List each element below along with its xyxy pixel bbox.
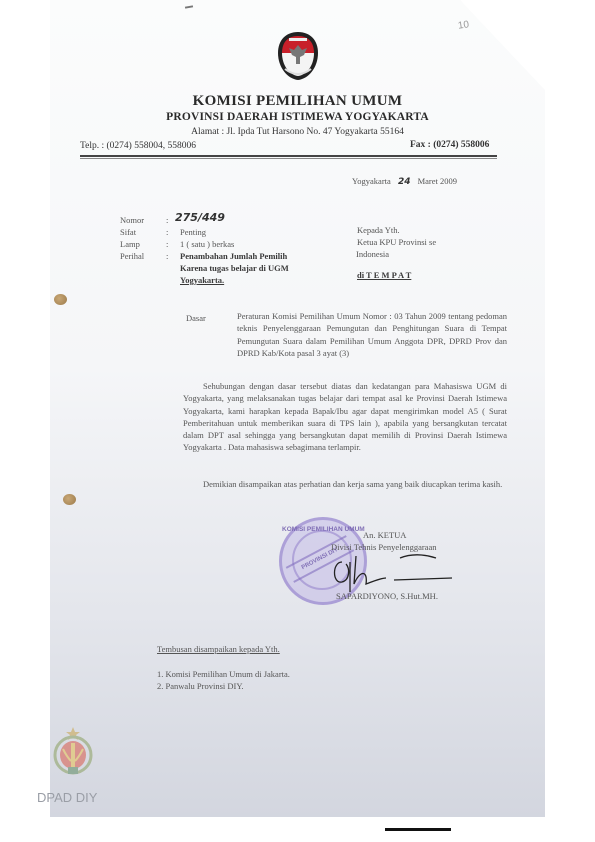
- letterhead-rule: [80, 155, 497, 157]
- meta-label-sifat: Sifat: [120, 227, 136, 237]
- date-day: 24: [398, 177, 411, 187]
- kpu-logo-icon: [277, 31, 319, 81]
- scan-mark: [385, 828, 451, 831]
- meta-label-nomor: Nomor: [120, 215, 144, 225]
- meta-sifat-value: Penting: [180, 227, 206, 237]
- meta-sep: :: [166, 239, 168, 249]
- watermark-text: DPAD DIY: [37, 790, 97, 805]
- meta-lamp-value: 1 ( satu ) berkas: [180, 239, 234, 249]
- fax: Fax : (0274) 558006: [410, 140, 489, 150]
- meta-label-perihal: Perihal: [120, 251, 144, 261]
- body-paragraph-2: Demikian disampaikan atas perhatian dan …: [183, 478, 507, 490]
- dasar-label: Dasar: [186, 313, 206, 323]
- phone: Telp. : (0274) 558004, 558006: [80, 141, 196, 151]
- cc-item: 1. Komisi Pemilihan Umum di Jakarta.: [157, 669, 290, 679]
- meta-sep: :: [166, 215, 168, 225]
- meta-sep: :: [166, 227, 168, 237]
- punch-hole: [54, 294, 67, 305]
- subject-line-2: Karena tugas belajar di UGM: [180, 263, 289, 273]
- body-paragraph-1: Sehubungan dengan dasar tersebut diatas …: [183, 380, 507, 454]
- signature-on-behalf: An. KETUA: [363, 530, 406, 540]
- subject-line-1: Penambahan Jumlah Pemilih: [180, 251, 287, 261]
- archive-number: 10: [457, 19, 470, 31]
- cc-heading: Tembusan disampaikan kepada Yth.: [157, 644, 280, 654]
- punch-hole: [63, 494, 76, 505]
- meta-label-lamp: Lamp: [120, 239, 140, 249]
- address: Alamat : Jl. Ipda Tut Harsono No. 47 Yog…: [0, 127, 595, 137]
- province-name: PROVINSI DAERAH ISTIMEWA YOGYAKARTA: [0, 111, 595, 123]
- letter-number: 275/449: [175, 211, 225, 224]
- recipient-line-2: Ketua KPU Provinsi se: [357, 237, 436, 247]
- diy-emblem-icon: [51, 727, 95, 779]
- recipient-location: di T E M P A T: [357, 270, 411, 280]
- meta-sep: :: [166, 251, 168, 261]
- date-place: Yogyakarta: [352, 176, 391, 186]
- recipient-salutation: Kepada Yth.: [357, 225, 400, 235]
- letterhead-rule-thin: [80, 158, 497, 159]
- org-name: KOMISI PEMILIHAN UMUM: [0, 93, 595, 110]
- cc-item: 2. Panwalu Provinsi DIY.: [157, 681, 244, 691]
- subject-line-3: Yogyakarta.: [180, 275, 224, 285]
- recipient-line-3: Indonesia: [356, 249, 389, 259]
- dasar-text: Peraturan Komisi Pemilihan Umum Nomor : …: [237, 310, 507, 359]
- signatory-name: SAPARDIYONO, S.Hut.MH.: [336, 591, 438, 601]
- date-month-year: Maret 2009: [418, 176, 457, 186]
- date-line: Yogyakarta 24 Maret 2009: [352, 176, 457, 187]
